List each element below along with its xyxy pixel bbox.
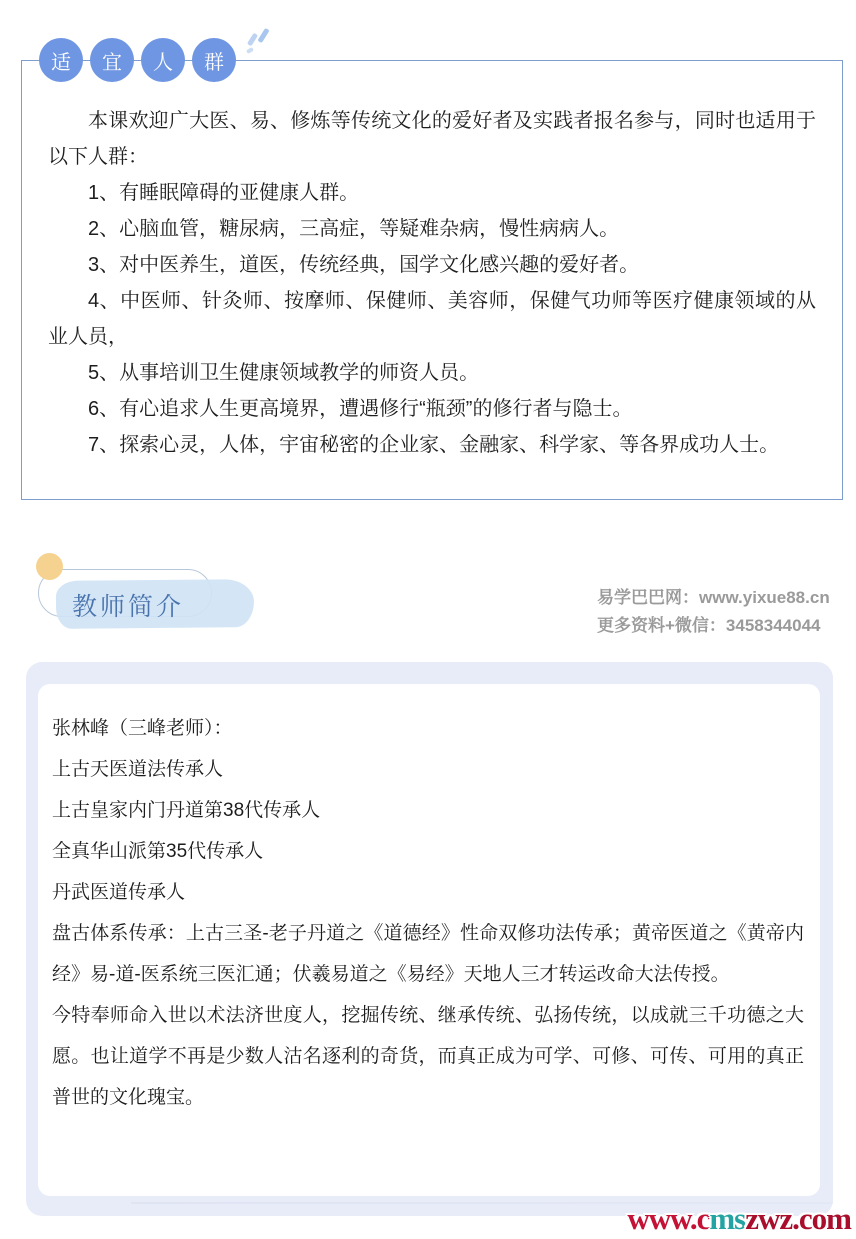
bio-line: 盘古体系传承：上古三圣-老子丹道之《道德经》性命双修功法传承；黄帝医道之《黄帝内… <box>52 913 804 995</box>
audience-text: 本课欢迎广大医、易、修炼等传统文化的爱好者及实践者报名参与，同时也适用于以下人群… <box>22 61 842 463</box>
bio-line: 丹武医道传承人 <box>52 872 804 913</box>
site-watermark-line1: 易学巴巴网：www.yixue88.cn <box>597 584 853 612</box>
footer-watermark-segment: www.c <box>627 1201 709 1236</box>
bio-line: 今特奉师命入世以术法济世度人，挖掘传统、继承传统、弘扬传统，以成就三千功德之大愿… <box>52 995 804 1118</box>
bio-line: 上古天医道法传承人 <box>52 749 804 790</box>
bio-line-name: 张林峰（三峰老师）： <box>52 708 804 749</box>
audience-intro: 本课欢迎广大医、易、修炼等传统文化的爱好者及实践者报名参与，同时也适用于以下人群… <box>48 103 816 175</box>
audience-item: 1、有睡眠障碍的亚健康人群。 <box>48 175 816 211</box>
footer-watermark: www.cmszwz.com <box>627 1201 851 1237</box>
footer-watermark-segment: ms <box>709 1201 745 1236</box>
site-watermark: 易学巴巴网：www.yixue88.cn 更多资料+微信：3458344044 <box>597 584 853 640</box>
audience-item: 5、从事培训卫生健康领域教学的师资人员。 <box>48 355 816 391</box>
bio-line: 全真华山派第35代传承人 <box>52 831 804 872</box>
teacher-bio-card: 张林峰（三峰老师）： 上古天医道法传承人 上古皇家内门丹道第38代传承人 全真华… <box>38 684 820 1196</box>
audience-section: 适 宜 人 群 本课欢迎广大医、易、修炼等传统文化的爱好者及实践者报名参与，同时… <box>21 60 843 500</box>
teacher-section-title: 教师简介 <box>72 587 184 623</box>
yellow-dot-decoration <box>36 553 63 580</box>
audience-item: 2、心脑血管，糖尿病，三高症，等疑难杂病，慢性病病人。 <box>48 211 816 247</box>
teacher-section-header: 教师简介 <box>26 550 326 655</box>
site-watermark-line2: 更多资料+微信：3458344044 <box>597 612 853 640</box>
audience-item: 3、对中医养生，道医，传统经典，国学文化感兴趣的爱好者。 <box>48 247 816 283</box>
footer-watermark-segment: zwz.com <box>745 1201 851 1236</box>
sparkle-icon <box>244 27 278 55</box>
audience-item: 4、中医师、针灸师、按摩师、保健师、美容师，保健气功师等医疗健康领域的从业人员， <box>48 283 816 355</box>
promo-page: 适 宜 人 群 本课欢迎广大医、易、修炼等传统文化的爱好者及实践者报名参与，同时… <box>0 0 856 1239</box>
audience-item: 6、有心追求人生更高境界，遭遇修行“瓶颈”的修行者与隐士。 <box>48 391 816 427</box>
bio-line: 上古皇家内门丹道第38代传承人 <box>52 790 804 831</box>
teacher-bio-panel: 张林峰（三峰老师）： 上古天医道法传承人 上古皇家内门丹道第38代传承人 全真华… <box>26 662 833 1216</box>
audience-item: 7、探索心灵，人体，宇宙秘密的企业家、金融家、科学家、等各界成功人士。 <box>48 427 816 463</box>
